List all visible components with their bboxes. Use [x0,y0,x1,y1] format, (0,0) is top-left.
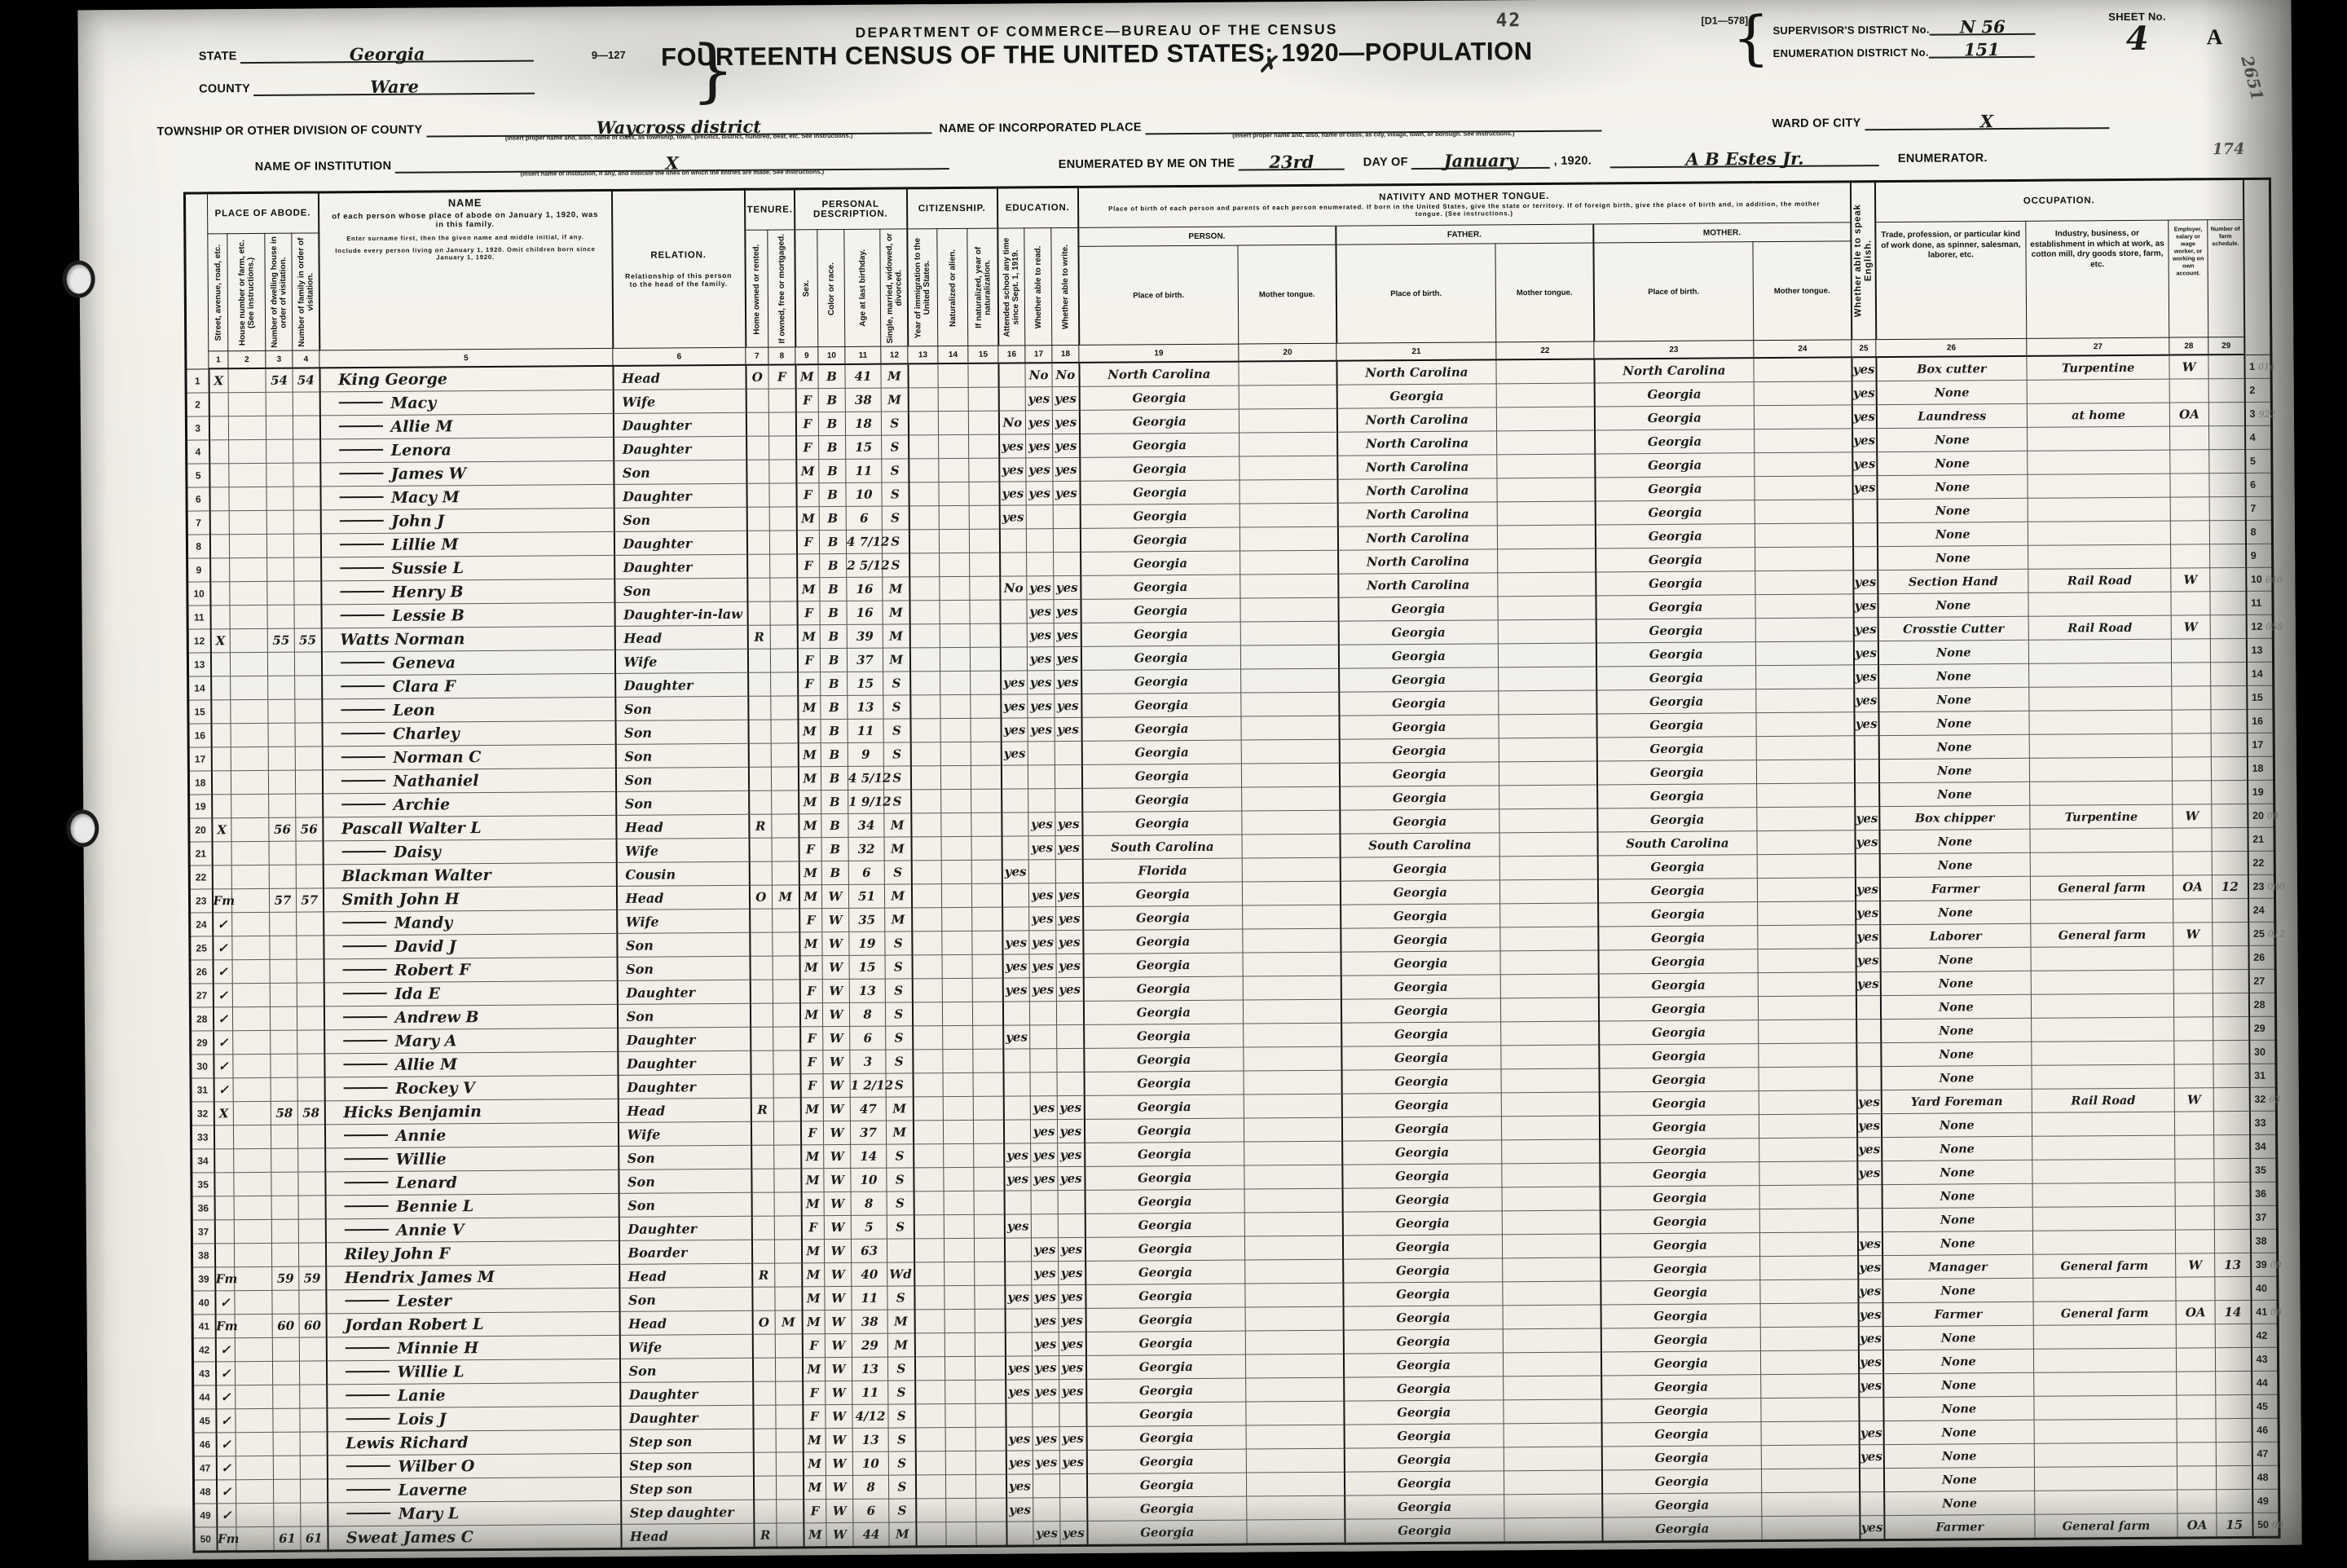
cell-mt2 [1499,879,1597,904]
ditto-mark [343,1063,387,1064]
cell-sc [999,529,1026,553]
cell-tr: None [1882,1160,2032,1184]
ditto-mark [340,661,384,663]
cell-sx: M [799,791,821,814]
cell-ab [209,535,229,558]
cell-sx: M [800,1098,823,1121]
cell-m [774,1216,801,1240]
cell-sx: M [797,578,820,601]
cell-ms: M [884,813,911,837]
ditto-mark [342,968,386,970]
cell-wr [1056,1001,1083,1024]
cell-rel: Daughter [618,1027,751,1051]
cell-pm: Georgia [1602,1493,1762,1517]
cell-en [1852,523,1877,547]
cell-en: yes [1855,830,1879,854]
cell-c15 [968,411,998,434]
cell-pf: Georgia [1340,857,1499,881]
cell-h [233,1077,271,1101]
cell-f [299,1337,326,1361]
line-number-right: 2 [2244,378,2271,402]
person-name: Lenard [325,1169,619,1196]
cell-en: yes [1856,972,1880,996]
cell-ab [209,393,228,416]
ditto-mark [346,1417,390,1419]
cell-emp [2174,1041,2213,1064]
cell-age: 10 [851,1168,887,1191]
line-number-right: 40 [2251,1276,2278,1300]
cell-pb: Georgia [1079,385,1239,410]
cell-mt3 [1762,1469,1860,1493]
cell-pf: Georgia [1341,1069,1501,1094]
cell-pf: Georgia [1338,620,1498,645]
cell-sc: yes [1005,1285,1032,1309]
line-number-left: 40 [192,1291,215,1315]
line-number-left: 16 [188,724,211,747]
cell-ab [211,771,231,795]
cell-rel: Daughter [614,531,746,555]
cell-rd: yes [1032,1309,1059,1332]
cell-f [298,1172,325,1196]
cell-sx: F [801,1216,824,1240]
cell-tr: Farmer [1879,876,2030,901]
supervisor-district-fill: N 56 [1930,15,2036,36]
cell-pf: Georgia [1344,1376,1504,1401]
ditto-mark [344,1157,388,1159]
column-number: 4 [293,350,319,368]
ditto-mark [340,590,384,592]
cell-ab: ✓ [213,1007,232,1031]
cell-pf: Georgia [1339,762,1499,786]
cell-mt3 [1756,760,1854,784]
cell-f [297,1054,324,1077]
cell-ind [2029,686,2172,711]
edge-annotation: 014 [2258,361,2275,372]
cell-emp [2170,521,2209,544]
cell-ab: Fm [215,1315,235,1338]
cell-pf: Georgia [1345,1495,1504,1519]
cell-c14 [945,1309,975,1332]
cell-en: yes [1859,1374,1883,1398]
cell-sx: M [799,814,821,838]
cell-m [772,838,799,861]
cell-f [295,770,322,794]
cell-m [768,412,795,436]
cell-rd: No [1025,363,1052,387]
cell-m [772,861,799,885]
line-number-right: 31 [2249,1064,2276,1087]
cell-fs [2213,1016,2249,1040]
cell-c15 [972,1002,1002,1025]
cell-c14 [945,1262,975,1285]
cell-age: 6 [850,1026,886,1050]
cell-mt3 [1760,1280,1858,1304]
cell-rel: Head [616,814,749,839]
cell-o [752,1358,775,1381]
cell-o [748,672,771,696]
cell-ab: Fm [215,1267,235,1291]
cell-sc [1002,907,1029,931]
cell-ms: M [884,884,911,908]
cell-c13 [910,766,940,790]
cell-sx: M [801,1145,824,1169]
cell-tr: None [1880,947,2031,971]
line-number-column-left [184,193,209,369]
cell-age: 6 [853,1499,889,1522]
cell-ind: Turpentine [2030,804,2173,829]
line-number-left: 23 [189,889,212,913]
cell-mt2 [1496,383,1594,407]
cell-en: yes [1858,1327,1882,1350]
cell-wr: yes [1055,812,1082,835]
cell-f [297,1077,324,1101]
cell-ab: ✓ [214,1031,233,1055]
ditto-mark [346,1488,390,1490]
cell-d [266,392,293,416]
cell-rd: yes [1026,434,1053,458]
cell-mt2 [1500,903,1598,927]
cell-rel: Head [618,1098,751,1122]
cell-age: 16 [847,577,883,601]
cell-ind [2029,757,2172,782]
cell-rd: yes [1025,387,1052,411]
cell-c13 [909,624,940,648]
cell-f [293,534,320,557]
cell-ms: M [887,1310,914,1333]
cell-m [769,436,796,460]
cell-pf: North Carolina [1338,573,1498,597]
cell-ab [209,416,228,440]
page-stamp-number: 42 [1495,10,1521,31]
cell-pf: Georgia [1341,975,1500,999]
cell-en: yes [1852,429,1877,452]
cell-mt3 [1759,1067,1856,1091]
cell-sc: yes [1004,1167,1031,1191]
nativity-subtitle: Place of birth of each person and parent… [1105,201,1824,221]
cell-o [753,1429,776,1452]
cell-mt3 [1759,1161,1857,1186]
day-of-label: DAY OF [1363,156,1408,169]
line-number-left: 38 [192,1244,214,1267]
cell-ab: ✓ [217,1504,236,1527]
cell-pm: Georgia [1596,666,1756,690]
cell-en: yes [1860,1516,1884,1540]
cell-rel: Son [615,743,748,768]
cell-d [270,936,297,959]
cell-mt2 [1504,1376,1601,1400]
edge-annotation: 00 [2270,1260,2282,1271]
cell-c15 [971,836,1002,860]
cell-c13 [914,1168,944,1191]
cell-fs [2213,1040,2249,1064]
cell-c14 [942,978,972,1002]
col-header-dwelling-number: Number of dwelling house in order of vis… [265,233,293,350]
cell-o [752,1334,775,1358]
ditto-mark [341,685,385,686]
cell-c13 [916,1475,946,1499]
cell-mt1 [1244,1117,1341,1142]
cell-sc: yes [999,482,1026,505]
cell-ms: S [882,435,909,459]
cell-h [233,1125,271,1148]
cell-f: 57 [296,888,323,912]
cell-c14 [938,411,968,434]
cell-fs [2211,756,2247,780]
cell-sx: F [796,531,819,554]
cell-rd: yes [1033,1522,1060,1546]
cell-sx: M [799,1003,822,1027]
cell-fs [2213,898,2248,922]
cell-ind [2031,993,2173,1018]
cell-d [268,699,295,723]
cell-h [232,912,270,936]
cell-d [266,510,293,534]
cell-pb: Georgia [1086,1354,1246,1379]
cell-emp: OA [2176,1301,2215,1324]
enumeration-district-label: ENUMERATION DISTRICT No. [1773,46,1929,59]
col-group-person: PERSON. [1078,226,1336,246]
cell-c14 [940,576,970,600]
cell-rd: yes [1029,931,1056,954]
person-name: Lewis Richard [327,1429,620,1456]
brace-decoration: { [1732,11,1769,64]
cell-wr: yes [1058,1143,1085,1166]
cell-age: 10 [852,1451,888,1475]
cell-en: yes [1859,1421,1883,1445]
cell-c13 [915,1428,945,1451]
cell-sc [1003,1072,1030,1096]
cell-c14 [945,1427,975,1451]
cell-mt1 [1246,1448,1344,1473]
cell-tr: None [1879,829,2030,853]
cell-pf: Georgia [1341,1093,1501,1117]
cell-rd [1031,1191,1058,1214]
line-number-left: 32 [191,1102,214,1125]
cell-mt1 [1240,597,1338,622]
incorporated-place-fill-line: (Insert proper name and, also, name of c… [1145,115,1601,134]
cell-fs: 12 [2212,874,2248,898]
line-number-right: 3900 [2251,1253,2278,1276]
cell-c: B [820,577,847,601]
cell-pf: North Carolina [1338,549,1498,574]
cell-mt2 [1503,1352,1601,1376]
line-number-right: 30 [2249,1040,2276,1064]
cell-age: 4 5/12 [848,766,883,790]
cell-emp [2177,1466,2217,1490]
line-number-left: 31 [191,1078,214,1102]
ditto-mark [344,1205,388,1206]
cell-ab: ✓ [214,1078,233,1102]
cell-tr: None [1883,1372,2034,1397]
cell-tr: None [1879,782,2030,806]
line-number-left: 6 [187,487,209,511]
state-fill-line: Georgia [240,42,534,64]
cell-c15 [975,1332,1005,1356]
cell-mt2 [1501,1092,1599,1117]
cell-fs [2213,922,2248,945]
cell-d [270,1006,297,1030]
column-number: 14 [938,346,968,363]
cell-pm: Georgia [1594,382,1754,407]
cell-c14 [945,1403,975,1427]
cell-tr: None [1878,663,2029,688]
cell-emp [2175,1183,2214,1206]
cell-rd [1033,1474,1060,1498]
cell-tr: None [1881,1112,2032,1137]
cell-rel: Daughter [615,672,748,697]
cell-fs [2211,709,2247,733]
cell-tr: None [1876,380,2027,404]
col-header-speak-english: Whether able to speak English. [1850,182,1875,340]
line-number-right: 6 [2245,473,2272,496]
cell-tr: None [1877,474,2028,499]
col-header-trade: Trade, profession, or particular kind of… [1875,221,2027,339]
cell-c: W [823,1121,850,1144]
column-number: 8 [768,347,795,365]
cell-m [774,1169,801,1192]
cell-c15 [974,1191,1004,1214]
cell-fs [2210,544,2246,567]
cell-pb: Georgia [1084,1118,1244,1143]
line-number-left: 43 [192,1362,215,1385]
cell-mt2 [1499,690,1596,715]
cell-mt2 [1499,785,1597,809]
person-name: Macy M [320,484,614,510]
cell-c13 [910,672,940,695]
cell-d: 58 [271,1101,297,1125]
cell-wr [1060,1497,1087,1521]
cell-pb: Georgia [1085,1213,1244,1237]
cell-pm: Georgia [1595,477,1755,501]
cell-ind [2032,1112,2174,1136]
cell-c: W [825,1333,852,1357]
cell-mt1 [1242,810,1340,835]
cell-pm: Georgia [1598,997,1758,1021]
cell-pb: Georgia [1080,527,1240,552]
cell-c15 [972,931,1002,954]
cell-tr: Farmer [1882,1302,2033,1326]
cell-sc [998,387,1025,411]
cell-age: 14 [851,1144,887,1168]
cell-c: W [822,908,849,932]
cell-age: 8 [853,1475,889,1499]
column-number: 17 [1025,346,1052,363]
ditto-mark [338,401,382,403]
cell-mt2 [1500,927,1598,951]
cell-h [235,1314,272,1337]
cell-mt1 [1246,1377,1344,1402]
cell-pb: North Carolina [1079,362,1239,387]
cell-rel: Daughter [617,980,750,1004]
cell-mt2 [1503,1281,1601,1306]
cell-c: B [821,861,848,884]
col-header-free-mortgaged: If owned, free or mortgaged. [768,230,795,347]
cell-ab: X [214,1102,233,1125]
cell-pm: Georgia [1596,713,1756,738]
cell-sc [1001,765,1028,789]
census-table: PLACE OF ABODE. NAME of each person whos… [183,178,2281,1553]
person-name: Charley [322,720,615,747]
cell-ind [2030,781,2173,805]
cell-f [295,723,322,747]
cell-mt1 [1244,1023,1341,1047]
cell-mt1 [1239,361,1336,385]
cell-fs [2215,1347,2251,1371]
cell-rd [1030,1072,1057,1096]
cell-o [747,578,770,601]
cell-mt1 [1241,739,1339,764]
cell-pb: Georgia [1083,929,1243,954]
line-number-right: 16 [2247,709,2274,733]
cell-f [295,699,322,723]
cell-en [1853,547,1878,570]
cell-pm: Georgia [1601,1280,1760,1305]
cell-c14 [940,694,971,718]
cell-mt1 [1245,1330,1343,1354]
cell-ind: at home [2027,403,2169,427]
cell-pb: Georgia [1086,1402,1246,1426]
cell-ms: S [881,412,908,435]
cell-fs [2210,638,2246,662]
cell-sc: yes [1001,742,1028,765]
line-number-left: 22 [189,865,212,889]
cell-c: B [820,553,847,577]
cell-pf: Georgia [1342,1211,1502,1235]
cell-h [228,416,266,439]
cell-c15 [971,742,1001,765]
cell-pf: Georgia [1344,1400,1504,1425]
cell-o [750,980,773,1003]
cell-mt1 [1243,905,1341,929]
cell-sc: yes [1004,1214,1031,1238]
cell-o [746,389,768,412]
cell-ab: ✓ [213,913,232,936]
cell-ind [2032,1017,2174,1042]
cell-f [297,1125,324,1148]
cell-m [773,980,799,1003]
cell-en: yes [1853,594,1878,618]
cell-d [271,1054,297,1077]
cell-ms: S [885,932,912,955]
cell-fs [2213,993,2248,1016]
cell-pf: Georgia [1340,809,1499,834]
cell-pm: Georgia [1601,1328,1760,1352]
line-number-right: 42 [2251,1324,2278,1347]
cell-ind [2028,639,2171,663]
cell-ind [2032,1230,2175,1254]
cell-emp [2177,1372,2216,1395]
cell-sx: F [800,1050,823,1074]
ditto-mark [341,850,385,852]
cell-rel: Wife [617,909,750,933]
person-name: Hicks Benjamin [324,1099,618,1125]
cell-fs [2210,591,2246,614]
cell-rel: Daughter-in-law [614,601,747,626]
col-group-father: FATHER. [1336,224,1593,244]
line-number-left: 12 [187,629,210,653]
cell-sx: M [796,460,819,483]
cell-sc: yes [1006,1498,1033,1522]
cell-h [232,1006,270,1030]
col-group-mother: MOTHER. [1593,222,1851,243]
cell-rel: Son [614,578,747,602]
person-name: Allie M [319,413,613,439]
cell-mt2 [1504,1470,1602,1495]
col-header-able-to-read: Whether able to read. [1024,228,1052,346]
person-name: Wilber O [327,1453,620,1479]
line-number-left: 50 [194,1527,217,1552]
cell-pm: Georgia [1601,1446,1761,1470]
